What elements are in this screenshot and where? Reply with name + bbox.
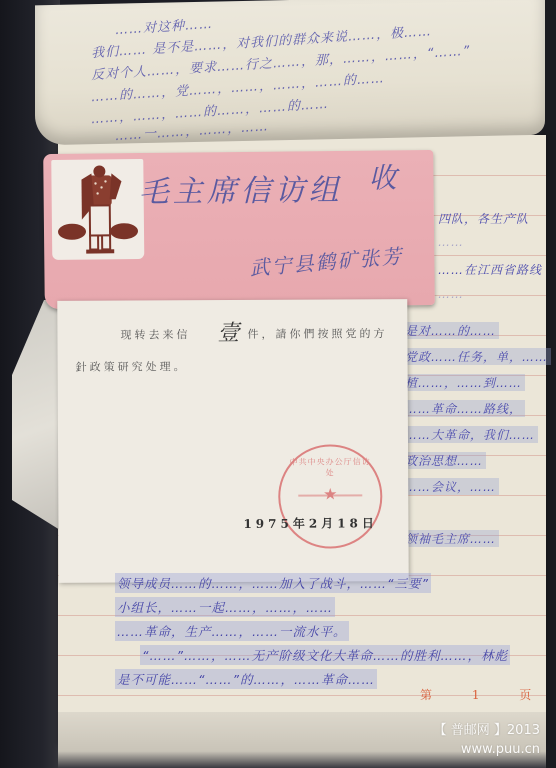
- handwritten-line: 领导成员……的……，……加入了战斗，……“三要”: [115, 573, 431, 593]
- watermark: 【 普邮网 】2013 www.puu.cn: [434, 721, 540, 759]
- handwritten-line: ……革命……路线，: [402, 400, 525, 417]
- watermark-url: www.puu.cn: [434, 740, 540, 759]
- star-icon: ★: [280, 484, 380, 504]
- handwritten-line: 是对……的……: [402, 322, 499, 339]
- handwritten-line: “……”……，……无产阶级文化大革命……的胜利……，林彪: [140, 645, 510, 665]
- envelope-illustration: [51, 159, 144, 260]
- handwritten-line: ……革命，生产……，……一流水平。: [115, 621, 349, 641]
- envelope-sender: 武宁县鹤矿张芳: [248, 240, 404, 281]
- red-official-seal: 中共中央办公厅信访处 ★: [278, 444, 383, 549]
- slip-date: 1975年2月18日: [243, 514, 378, 532]
- figure-illustration-icon: [51, 159, 144, 260]
- slip-handwritten-count: 壹: [217, 316, 239, 347]
- handwritten-line: 四队，各生产队: [438, 210, 529, 227]
- handwritten-line: 领袖毛主席……: [402, 530, 499, 547]
- seal-text: 中共中央办公厅信访处: [288, 456, 372, 478]
- handwritten-line: 政治思想……: [402, 452, 486, 469]
- handwritten-line: ……: [438, 235, 464, 249]
- slip-text-prefix: 现转去来信: [120, 326, 190, 342]
- handwritten-line: ……大革命，我们……: [402, 426, 538, 443]
- forwarding-slip: 现转去来信 壹 件，請你們按照党的方 針政策研究处理。 中共中央办公厅信访处 ★…: [57, 299, 408, 583]
- slip-text-line2: 針政策研究处理。: [76, 358, 188, 375]
- handwritten-line: ……在江西省路线: [438, 261, 542, 278]
- handwritten-line: 党政……任务，单，……: [402, 348, 551, 365]
- pink-envelope: 毛主席信访组 收 武宁县鹤矿张芳: [43, 150, 435, 309]
- slip-text-suffix: 件，請你們按照党的方: [247, 325, 387, 342]
- top-handwritten-page: ……对这种…… 我们…… 是不是……，对我们的群众来说……，极…… 反对个人………: [35, 0, 545, 145]
- handwritten-line: ……: [438, 287, 464, 301]
- handwritten-line: ……会议，……: [402, 478, 499, 495]
- handwritten-line: 植……，……到……: [402, 374, 525, 391]
- watermark-title: 【 普邮网 】2013: [434, 721, 540, 740]
- envelope-addressee: 毛主席信访组: [138, 165, 342, 211]
- page-number: 第 1 页: [420, 686, 549, 703]
- envelope-receive-mark: 收: [368, 156, 400, 196]
- handwritten-line: 是不可能……“……”的……，……革命……: [115, 669, 377, 689]
- handwritten-line: 小组长，……一起……，……，……: [115, 597, 335, 617]
